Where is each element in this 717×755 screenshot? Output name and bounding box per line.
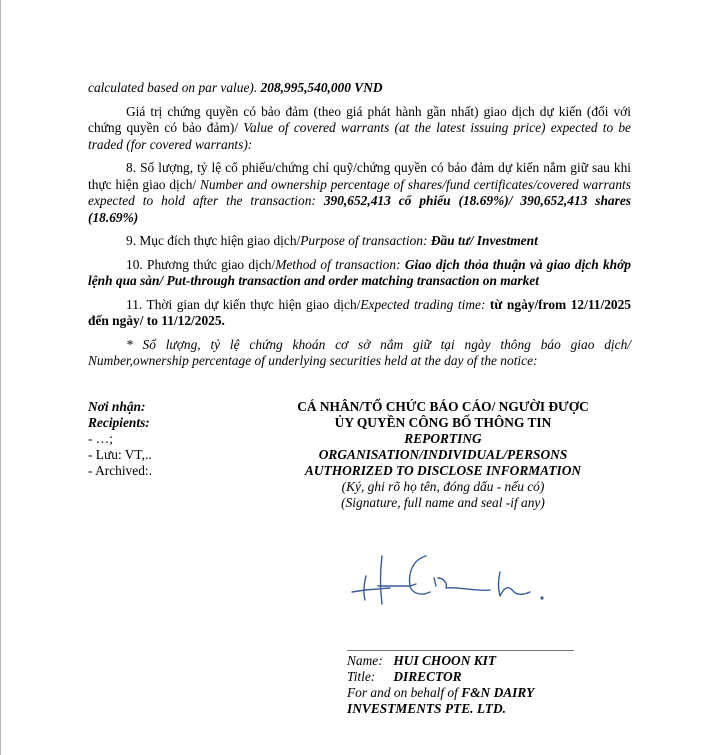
reporter-title-vi-1: CÁ NHÂN/TỔ CHỨC BÁO CÁO/ NGƯỜI ĐƯỢC <box>270 399 616 415</box>
document-body: calculated based on par value). 208,995,… <box>88 80 631 370</box>
signer-company-row: For and on behalf of F&N DAIRY INVESTMEN… <box>347 685 567 717</box>
recipients-title-vi: Nơi nhận: <box>88 399 288 415</box>
recipients-block: Nơi nhận: Recipients: - …; - Lưu: VT,.. … <box>88 399 288 479</box>
item-10-en: Method of transaction: <box>275 257 400 272</box>
par-value-text: calculated based on par value). <box>88 80 257 95</box>
signer-block: Name: HUI CHOON KIT Title: DIRECTOR For … <box>347 653 607 717</box>
item-9-vi: 9. Mục đích thực hiện giao dịch/ <box>126 233 300 248</box>
reporter-title-vi-2: ỦY QUYỀN CÔNG BỐ THÔNG TIN <box>270 415 616 431</box>
par-value-amount: 208,995,540,000 VND <box>261 80 383 95</box>
item-11-vi: 11. Thời gian dự kiến thực hiện giao dịc… <box>126 297 360 312</box>
item-9-en: Purpose of transaction: <box>300 233 427 248</box>
recipient-item: - Archived:. <box>88 463 288 479</box>
item-10-paragraph: 10. Phương thức giao dịch/Method of tran… <box>88 257 631 290</box>
item-11-paragraph: 11. Thời gian dự kiến thực hiện giao dịc… <box>88 297 631 330</box>
underlying-note: * Số lượng, tỷ lệ chứng khoán cơ sở nắm … <box>88 337 631 370</box>
covered-warrants-paragraph: Giá trị chứng quyền có bảo đảm (theo giá… <box>88 104 631 154</box>
item-8-paragraph: 8. Số lượng, tỷ lệ cổ phiếu/chứng chỉ qu… <box>88 160 631 226</box>
reporter-title-en-1: REPORTING <box>270 431 616 447</box>
page-edge-rule <box>0 0 1 755</box>
reporter-title-en-2: ORGANISATION/INDIVIDUAL/PERSONS <box>270 447 616 463</box>
signer-name-row: Name: HUI CHOON KIT <box>347 653 607 669</box>
item-9-value: Đầu tư/ Investment <box>431 233 538 248</box>
signer-title-row: Title: DIRECTOR <box>347 669 607 685</box>
item-10-vi: 10. Phương thức giao dịch/ <box>126 257 275 272</box>
signature-line <box>347 650 574 651</box>
reporter-title-en-3: AUTHORIZED TO DISCLOSE INFORMATION <box>270 463 616 479</box>
name-label: Name: <box>347 653 390 669</box>
title-label: Title: <box>347 669 390 685</box>
recipient-item: - …; <box>88 431 288 447</box>
signer-name: HUI CHOON KIT <box>393 653 496 668</box>
handwritten-signature <box>330 542 560 612</box>
behalf-label: For and on behalf of <box>347 685 458 700</box>
signature-instruction-vi: (Ký, ghi rõ họ tên, đóng dấu - nếu có) <box>270 479 616 495</box>
par-value-line: calculated based on par value). 208,995,… <box>88 80 631 97</box>
recipient-item: - Lưu: VT,.. <box>88 447 288 463</box>
signer-title: DIRECTOR <box>393 669 461 684</box>
item-11-en: Expected trading time: <box>360 297 485 312</box>
item-9-paragraph: 9. Mục đích thực hiện giao dịch/Purpose … <box>88 233 631 250</box>
signature-instruction-en: (Signature, full name and seal -if any) <box>270 495 616 511</box>
reporter-block: CÁ NHÂN/TỔ CHỨC BÁO CÁO/ NGƯỜI ĐƯỢC ỦY Q… <box>270 399 616 511</box>
recipients-title-en: Recipients: <box>88 415 288 431</box>
